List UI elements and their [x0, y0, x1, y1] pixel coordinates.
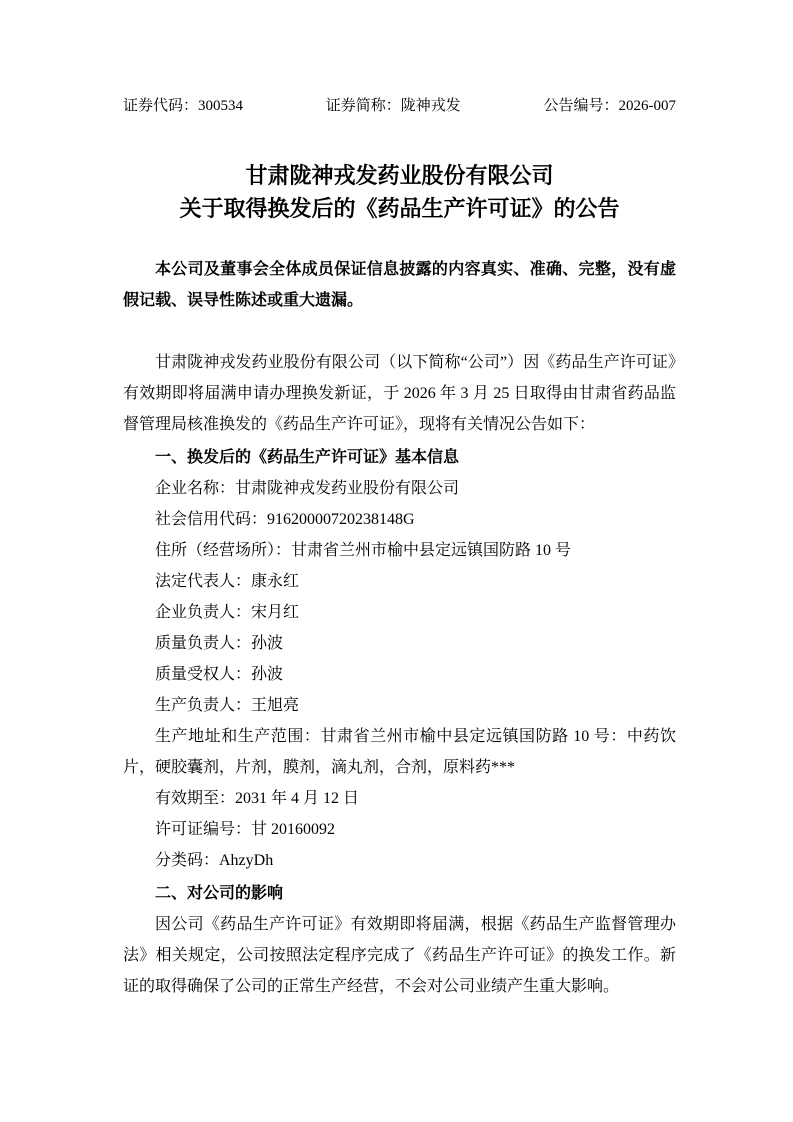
info-quality-head: 质量负责人：孙波	[123, 628, 676, 659]
info-quality-authorized-person: 质量受权人：孙波	[123, 659, 676, 690]
title-line-company: 甘肃陇神戎发药业股份有限公司	[123, 159, 676, 192]
info-address: 住所（经营场所）：甘肃省兰州市榆中县定远镇国防路 10 号	[123, 535, 676, 566]
info-production-head: 生产负责人：王旭亮	[123, 690, 676, 721]
document-page: 证券代码：300534 证券简称：陇神戎发 公告编号：2026-007 甘肃陇神…	[0, 0, 793, 1122]
info-production-address-scope: 生产地址和生产范围：甘肃省兰州市榆中县定远镇国防路 10 号：中药饮片，硬胶囊剂…	[123, 721, 676, 783]
info-enterprise-head: 企业负责人：宋月红	[123, 597, 676, 628]
info-classification-code: 分类码：AhzyDh	[123, 845, 676, 876]
section1-heading: 一、换发后的《药品生产许可证》基本信息	[123, 442, 676, 473]
intro-paragraph: 甘肃陇神戎发药业股份有限公司（以下简称“公司”）因《药品生产许可证》有效期即将届…	[123, 347, 676, 440]
impact-paragraph: 因公司《药品生产许可证》有效期即将届满，根据《药品生产监督管理办法》相关规定，公…	[123, 909, 676, 1002]
stock-short-name: 证券简称：陇神戎发	[326, 96, 461, 117]
section2-heading: 二、对公司的影响	[123, 878, 676, 909]
disclaimer-paragraph: 本公司及董事会全体成员保证信息披露的内容真实、准确、完整，没有虚假记载、误导性陈…	[123, 254, 676, 316]
info-company-name: 企业名称：甘肃陇神戎发药业股份有限公司	[123, 473, 676, 504]
info-valid-until: 有效期至：2031 年 4 月 12 日	[123, 783, 676, 814]
info-credit-code: 社会信用代码：91620000720238148G	[123, 504, 676, 535]
title-line-subject: 关于取得换发后的《药品生产许可证》的公告	[123, 192, 676, 225]
info-license-number: 许可证编号：甘 20160092	[123, 814, 676, 845]
announcement-number: 公告编号：2026-007	[544, 96, 677, 117]
stock-code: 证券代码：300534	[123, 96, 243, 117]
info-legal-representative: 法定代表人：康永红	[123, 566, 676, 597]
document-header: 证券代码：300534 证券简称：陇神戎发 公告编号：2026-007	[123, 96, 676, 117]
document-title: 甘肃陇神戎发药业股份有限公司 关于取得换发后的《药品生产许可证》的公告	[123, 159, 676, 225]
